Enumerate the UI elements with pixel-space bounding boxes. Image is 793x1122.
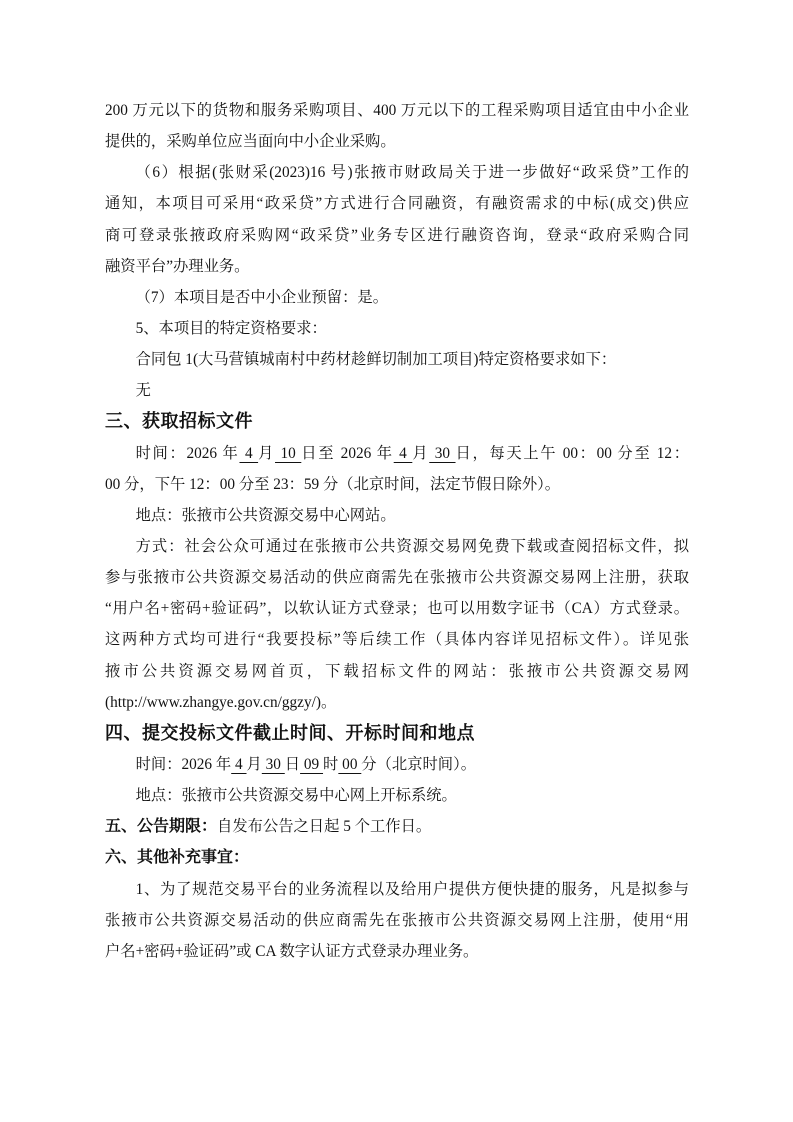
- text-segment: 六、其他补充事宜：: [105, 849, 249, 866]
- text-segment: 张掖市公共资源交易活动的供应商需先在张掖市公共资源交易网上注册，使用“用: [105, 912, 689, 929]
- text-segment: 户名+密码+验证码”或 CA 数字认证方式登录办理业务。: [105, 943, 478, 960]
- text-line: 时间：2026 年 4 月 30 日 09 时 00 分（北京时间）。: [105, 749, 689, 780]
- text-line: 参与张掖市公共资源交易活动的供应商需先在张掖市公共资源交易网上注册，获取: [105, 562, 689, 593]
- text-segment: 无: [136, 382, 151, 399]
- text-segment: 地点：张掖市公共资源交易中心网站。: [136, 507, 396, 524]
- text-line: 商可登录张掖政府采购网“政采贷”业务专区进行融资咨询，登录“政府采购合同: [105, 220, 689, 251]
- text-line: 5、本项目的特定资格要求：: [105, 313, 689, 344]
- text-line: 掖市公共资源交易网首页，下载招标文件的网站：张掖市公共资源交易网: [105, 656, 689, 687]
- underlined-value: 30: [262, 756, 285, 773]
- text-segment: 月: [412, 445, 429, 462]
- text-segment: 融资平台”办理业务。: [105, 258, 249, 275]
- text-line: 无: [105, 375, 689, 406]
- text-line: 地点：张掖市公共资源交易中心网上开标系统。: [105, 780, 689, 811]
- text-segment: 地点：张掖市公共资源交易中心网上开标系统。: [136, 787, 457, 804]
- text-segment: （7）本项目是否中小企业预留：是。: [136, 289, 388, 306]
- underlined-value: 10: [275, 445, 301, 462]
- underlined-value: 4: [231, 756, 246, 773]
- text-segment: 方式：社会公众可通过在张掖市公共资源交易网免费下载或查阅招标文件，拟: [136, 538, 689, 555]
- underlined-value: 4: [239, 445, 258, 462]
- text-segment: 月: [247, 756, 262, 773]
- text-segment: 00 分，下午 12：00 分至 23：59 分（北京时间，法定节假日除外）。: [105, 476, 560, 493]
- text-line: 五、公告期限：自发布公告之日起 5 个工作日。: [105, 811, 689, 842]
- text-line: 这两种方式均可进行“我要投标”等后续工作（具体内容详见招标文件）。详见张: [105, 624, 689, 655]
- text-segment: 时间：2026 年: [136, 445, 240, 462]
- text-line: 张掖市公共资源交易活动的供应商需先在张掖市公共资源交易网上注册，使用“用: [105, 905, 689, 936]
- text-segment: 参与张掖市公共资源交易活动的供应商需先在张掖市公共资源交易网上注册，获取: [105, 569, 689, 586]
- text-segment: 月: [258, 445, 275, 462]
- text-segment: (http://www.zhangye.gov.cn/ggzy/)。: [105, 694, 336, 711]
- text-segment: 分（北京时间）。: [361, 756, 476, 773]
- text-segment: 通知，本项目可采用“政采贷”方式进行合同融资，有融资需求的中标(成交)供应: [105, 195, 689, 212]
- underlined-value: 09: [300, 756, 323, 773]
- underlined-value: 4: [394, 445, 413, 462]
- text-segment: 合同包 1(大马营镇城南村中药材趁鲜切制加工项目)特定资格要求如下：: [136, 351, 617, 368]
- text-line: （6）根据(张财采(2023)16 号)张掖市财政局关于进一步做好“政采贷”工作…: [105, 157, 689, 188]
- document-page: 200 万元以下的货物和服务采购项目、400 万元以下的工程采购项目适宜由中小企…: [0, 0, 793, 1122]
- text-segment: 200 万元以下的货物和服务采购项目、400 万元以下的工程采购项目适宜由中小企…: [105, 102, 689, 119]
- section-heading: 三、获取招标文件: [105, 406, 689, 437]
- text-segment: 四、提交投标文件截止时间、开标时间和地点: [105, 723, 475, 743]
- text-segment: 5、本项目的特定资格要求：: [136, 320, 327, 337]
- text-line: 方式：社会公众可通过在张掖市公共资源交易网免费下载或查阅招标文件，拟: [105, 531, 689, 562]
- text-line: 200 万元以下的货物和服务采购项目、400 万元以下的工程采购项目适宜由中小企…: [105, 95, 689, 126]
- text-segment: 三、获取招标文件: [105, 411, 253, 431]
- underlined-value: 30: [429, 445, 455, 462]
- text-line: 融资平台”办理业务。: [105, 251, 689, 282]
- text-line: 地点：张掖市公共资源交易中心网站。: [105, 500, 689, 531]
- text-segment: 1、为了规范交易平台的业务流程以及给用户提供方便快捷的服务，凡是拟参与: [136, 881, 689, 898]
- text-segment: 商可登录张掖政府采购网“政采贷”业务专区进行融资咨询，登录“政府采购合同: [105, 227, 689, 244]
- text-segment: 日: [285, 756, 300, 773]
- section-heading: 六、其他补充事宜：: [105, 842, 689, 873]
- text-line: 时间：2026 年 4 月 10 日至 2026 年 4 月 30 日，每天上午…: [105, 438, 689, 469]
- text-segment: 自发布公告之日起 5 个工作日。: [217, 818, 431, 835]
- text-line: “用户名+密码+验证码”，以软认证方式登录；也可以用数字证书（CA）方式登录。: [105, 593, 689, 624]
- underlined-value: 00: [338, 756, 361, 773]
- text-segment: 时: [323, 756, 338, 773]
- text-segment: 日至 2026 年: [301, 445, 393, 462]
- text-line: 户名+密码+验证码”或 CA 数字认证方式登录办理业务。: [105, 936, 689, 967]
- text-segment: （6）根据(张财采(2023)16 号)张掖市财政局关于进一步做好“政采贷”工作…: [136, 164, 689, 181]
- text-line: (http://www.zhangye.gov.cn/ggzy/)。: [105, 687, 689, 718]
- text-segment: “用户名+密码+验证码”，以软认证方式登录；也可以用数字证书（CA）方式登录。: [105, 600, 689, 617]
- text-line: 提供的，采购单位应当面向中小企业采购。: [105, 126, 689, 157]
- text-segment: 掖市公共资源交易网首页，下载招标文件的网站：张掖市公共资源交易网: [105, 663, 689, 680]
- text-line: 00 分，下午 12：00 分至 23：59 分（北京时间，法定节假日除外）。: [105, 469, 689, 500]
- text-line: （7）本项目是否中小企业预留：是。: [105, 282, 689, 313]
- text-segment: 提供的，采购单位应当面向中小企业采购。: [105, 133, 396, 150]
- bold-label: 五、公告期限：: [105, 818, 217, 835]
- text-segment: 这两种方式均可进行“我要投标”等后续工作（具体内容详见招标文件）。详见张: [105, 631, 689, 648]
- document-content: 200 万元以下的货物和服务采购项目、400 万元以下的工程采购项目适宜由中小企…: [105, 95, 689, 967]
- text-line: 1、为了规范交易平台的业务流程以及给用户提供方便快捷的服务，凡是拟参与: [105, 874, 689, 905]
- text-segment: 日，每天上午 00：00 分至 12：: [456, 445, 689, 462]
- text-segment: 时间：2026 年: [136, 756, 232, 773]
- text-line: 通知，本项目可采用“政采贷”方式进行合同融资，有融资需求的中标(成交)供应: [105, 188, 689, 219]
- section-heading: 四、提交投标文件截止时间、开标时间和地点: [105, 718, 689, 749]
- text-line: 合同包 1(大马营镇城南村中药材趁鲜切制加工项目)特定资格要求如下：: [105, 344, 689, 375]
